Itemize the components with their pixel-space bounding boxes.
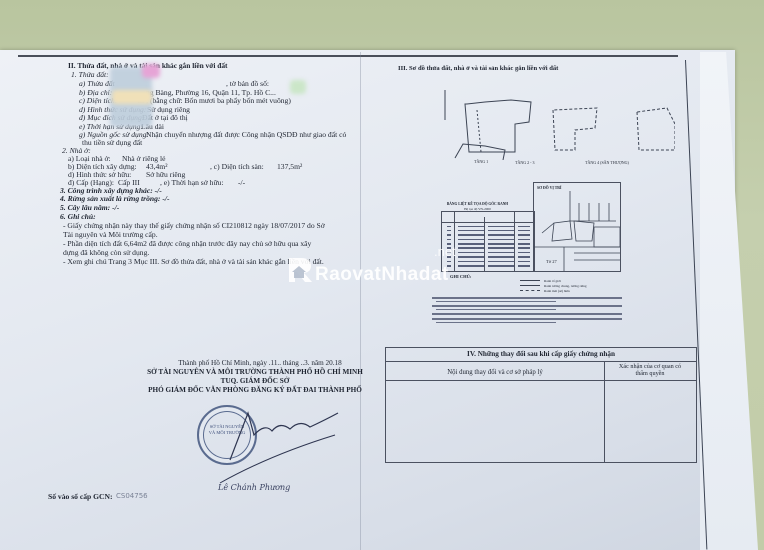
- signer-name: Lê Chánh Phương: [218, 483, 290, 492]
- floor-label: TẦNG 1: [474, 157, 488, 166]
- house-e-label: , e) Thời hạn sở hữu:: [160, 178, 223, 187]
- legend-line: [520, 285, 540, 286]
- coord-row: [444, 264, 532, 268]
- house-floor-area: 137,5m²: [277, 162, 302, 171]
- footnotes: [432, 295, 632, 326]
- section-iii-title: III. Sơ đồ thửa đất, nhà ở và tài sản kh…: [398, 64, 558, 73]
- issuer-line3: PHÓ GIÁM ĐỐC VĂN PHÒNG ĐĂNG KÝ ĐẤT ĐAI T…: [130, 386, 380, 395]
- page-fold: [360, 52, 361, 550]
- footnote-line: [432, 318, 622, 320]
- watermark-brand: RaovatNhadat: [315, 264, 449, 286]
- note-line: Tài nguyên và Môi trường cấp.: [63, 230, 158, 239]
- legend-line: [520, 280, 540, 281]
- map-sheet-label: Tờ 27: [546, 257, 557, 266]
- footnote-line: [436, 322, 556, 324]
- footnote-line: [432, 297, 622, 299]
- note-line: dựng đã không còn sử dụng.: [63, 248, 149, 257]
- note-line: - Xem ghi chú Trang 3 Mục III. Sơ đồ thử…: [63, 257, 324, 266]
- issuer-line1: SỞ TÀI NGUYÊN VÀ MÔI TRƯỜNG THÀNH PHỐ HỒ…: [130, 368, 380, 377]
- location-map: SƠ ĐỒ VỊ TRÍ Tờ 27: [533, 182, 621, 272]
- watermark-logo-icon: [287, 254, 313, 284]
- watermark-suffix: .net: [434, 244, 456, 259]
- registry-number: CS04756: [116, 492, 148, 501]
- place-date: Thành phố Hồ Chí Minh, ngày .11.. tháng …: [140, 359, 380, 368]
- registry-label: Số vào sổ cấp GCN:: [48, 492, 113, 501]
- changes-col-confirmation: Xác nhận của cơ quan có thẩm quyền: [604, 363, 696, 378]
- top-border: [18, 55, 678, 57]
- redaction-blur: [112, 90, 152, 104]
- footnote-line: [436, 301, 556, 303]
- house-term: -/-: [238, 178, 245, 187]
- footnote-line: [432, 305, 622, 307]
- floor-plans: [425, 80, 675, 160]
- signature-stroke: [210, 405, 340, 485]
- redaction-blur: [290, 80, 306, 94]
- footnote-line: [432, 313, 622, 315]
- notes-heading: 6. Ghi chú:: [60, 212, 96, 221]
- changes-table-title: IV. Những thay đổi sau khi cấp giấy chứn…: [386, 350, 696, 359]
- changes-col-content: Nội dung thay đổi và cơ sở pháp lý: [386, 368, 604, 377]
- legend-heading: GHI CHÚ:: [450, 272, 471, 281]
- land-heading: 1. Thửa đất:: [71, 70, 109, 79]
- changes-table: IV. Những thay đổi sau khi cấp giấy chứn…: [385, 347, 697, 463]
- land-origin-cont: thu tiền sử dụng đất: [82, 138, 142, 147]
- issuer-line2: TUQ. GIÁM ĐỐC SỞ: [130, 377, 380, 386]
- redaction-blur: [142, 64, 160, 78]
- house-c-label: , c) Diện tích sàn:: [210, 162, 264, 171]
- coord-table: [441, 211, 535, 272]
- land-origin: Nhận chuyển nhượng đất được Công nhận QS…: [146, 130, 346, 139]
- footnote-line: [436, 309, 556, 311]
- legend-line: [520, 290, 540, 291]
- note-line: - Giấy chứng nhận này thay thế giấy chứn…: [63, 221, 325, 230]
- floor-label: TẦNG 2 - 3: [515, 158, 534, 167]
- perennial-trees: 5. Cây lâu năm: -/-: [60, 203, 119, 212]
- note-line: - Phần diện tích đất 6,64m2 đã được công…: [63, 239, 311, 248]
- paper-edge: [700, 52, 758, 550]
- floor-label: TẦNG 4 (SÂN THƯỢNG): [585, 158, 629, 167]
- land-area: m², (bằng chữ: Bốn mươi ba phẩy bốn mét …: [138, 96, 291, 105]
- production-forest: 4. Rừng sản xuất là rừng trồng: -/-: [60, 194, 170, 203]
- land-a-suffix: , tờ bản đồ số:: [226, 79, 269, 88]
